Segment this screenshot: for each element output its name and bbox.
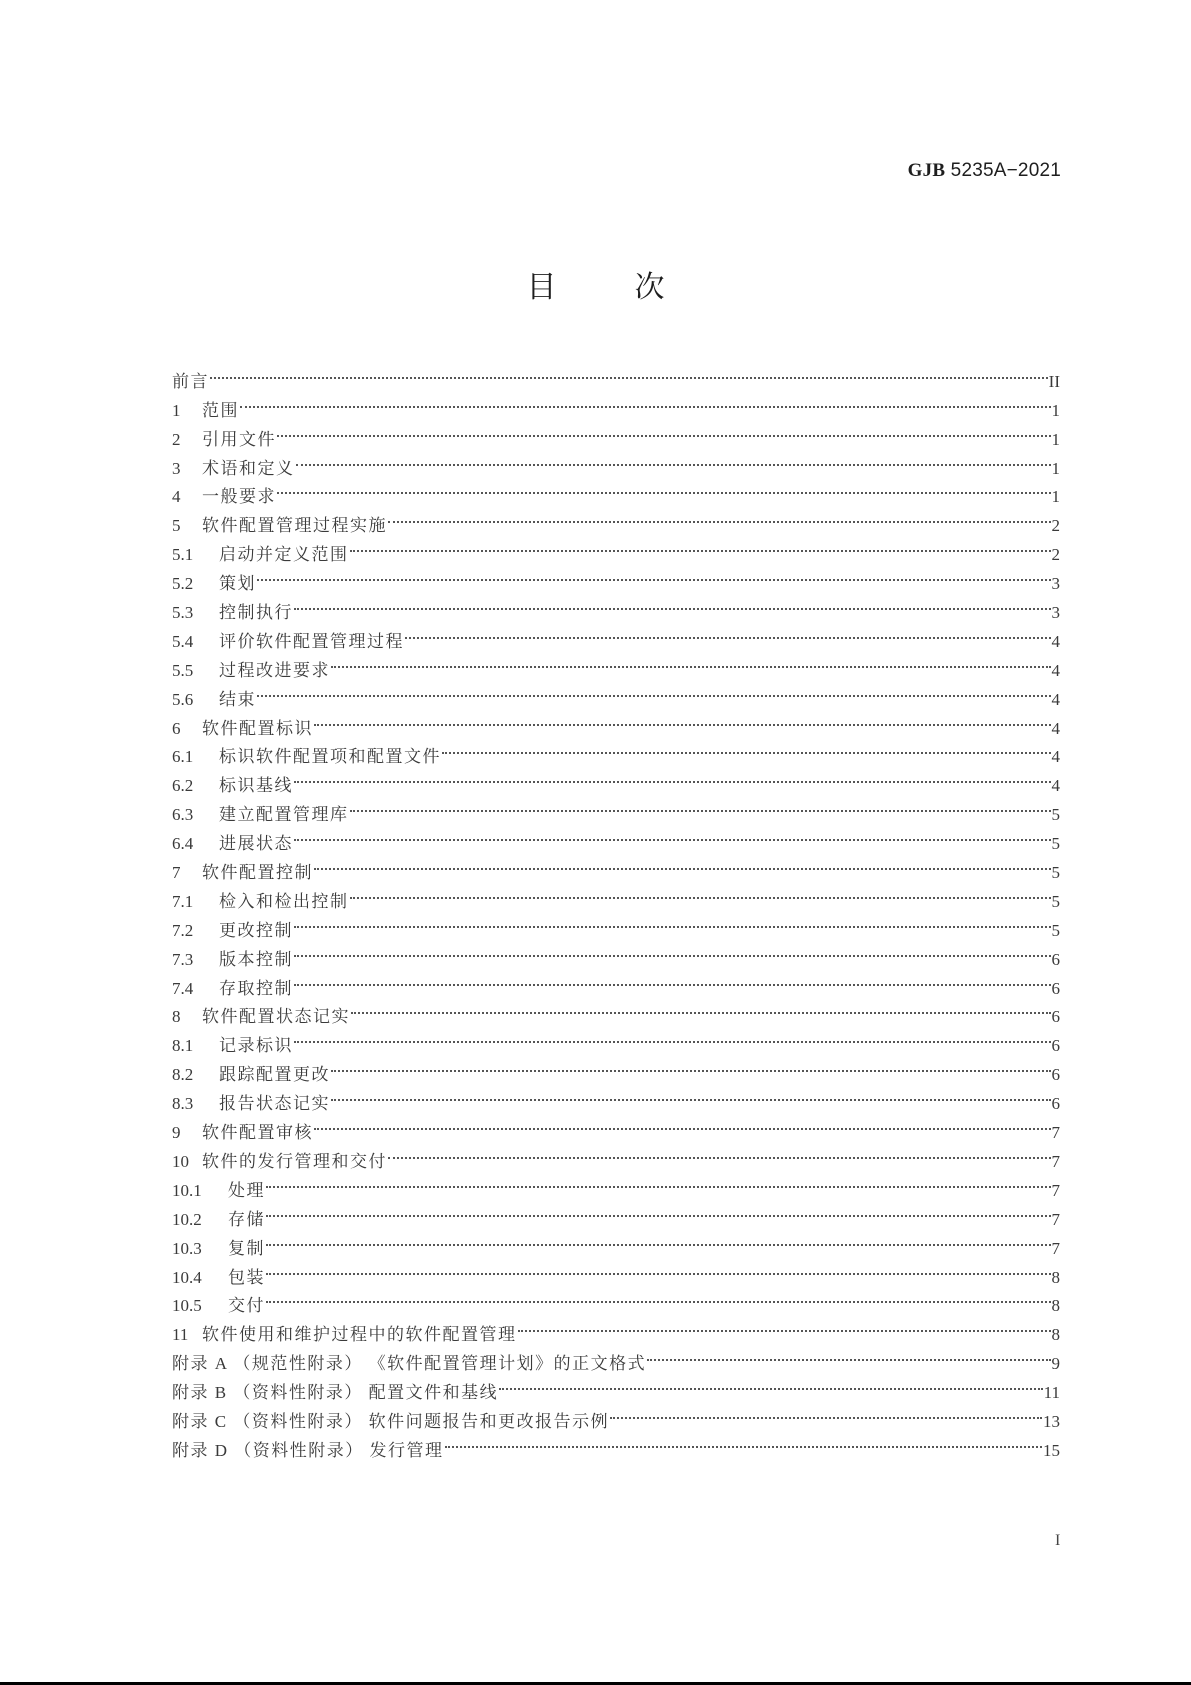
toc-entry[interactable]: 5.3控制执行3 <box>172 589 1060 618</box>
dot-leader <box>331 1051 1051 1080</box>
toc-entry-number: 10.1 <box>172 1177 228 1206</box>
dot-leader <box>266 1225 1051 1254</box>
toc-entry-page: 1 <box>1052 397 1061 426</box>
toc-entry-label: 结束 <box>219 686 256 715</box>
toc-entry[interactable]: 8.1记录标识6 <box>172 1022 1060 1051</box>
toc-entry-number: 5.4 <box>172 628 219 657</box>
toc-entry-page: 4 <box>1052 657 1061 686</box>
toc-entry-label: 存取控制 <box>219 975 293 1004</box>
dot-leader <box>294 820 1051 849</box>
toc-entry-page: 5 <box>1052 830 1061 859</box>
toc-entry-label: 版本控制 <box>219 946 293 975</box>
dot-leader <box>266 1254 1051 1283</box>
toc-entry-number: 8.3 <box>172 1090 219 1119</box>
toc-entry-page: 7 <box>1052 1119 1061 1148</box>
toc-entry[interactable]: 6.4进展状态5 <box>172 820 1060 849</box>
dot-leader <box>296 445 1051 474</box>
toc-entry[interactable]: 7.4存取控制6 <box>172 965 1060 994</box>
toc-entry-page: 15 <box>1043 1437 1060 1466</box>
toc-entry-page: 4 <box>1052 772 1061 801</box>
toc-entry-label: 软件配置审核 <box>202 1119 313 1148</box>
toc-entry[interactable]: 2引用文件1 <box>172 416 1060 445</box>
dot-leader <box>294 936 1051 965</box>
toc-entry-label: 记录标识 <box>219 1032 293 1061</box>
toc-entry-number: 7 <box>172 859 202 888</box>
toc-entry-page: 5 <box>1052 801 1061 830</box>
toc-entry[interactable]: 5软件配置管理过程实施2 <box>172 502 1060 531</box>
dot-leader <box>331 1080 1051 1109</box>
toc-entry-number: 10.3 <box>172 1235 228 1264</box>
toc-entry-number: 5 <box>172 512 202 541</box>
dot-leader <box>314 705 1051 734</box>
dot-leader <box>388 1138 1051 1167</box>
toc-entry[interactable]: 10.3复制7 <box>172 1225 1060 1254</box>
toc-entry-page: 6 <box>1052 1061 1061 1090</box>
dot-leader <box>240 387 1051 416</box>
toc-entry-label: 处理 <box>228 1177 265 1206</box>
toc-entry-number: 5.2 <box>172 570 219 599</box>
toc-entry-page: 8 <box>1052 1264 1061 1293</box>
toc-entry[interactable]: 6软件配置标识4 <box>172 705 1060 734</box>
toc-entry[interactable]: 10.2存储7 <box>172 1196 1060 1225</box>
toc-entry-page: 5 <box>1052 859 1061 888</box>
toc-entry-page: 6 <box>1052 946 1061 975</box>
toc-entry-page: 8 <box>1052 1292 1061 1321</box>
toc-entry-page: 6 <box>1052 1003 1061 1032</box>
toc-entry-page: 4 <box>1052 686 1061 715</box>
toc-entry[interactable]: 10.1处理7 <box>172 1167 1060 1196</box>
toc-entry-label: 复制 <box>228 1235 265 1264</box>
toc-entry[interactable]: 3术语和定义1 <box>172 445 1060 474</box>
toc-entry-label: 引用文件 <box>202 426 276 455</box>
dot-leader <box>331 647 1051 676</box>
toc-entry-number: 8.2 <box>172 1061 219 1090</box>
toc-entry[interactable]: 11软件使用和维护过程中的软件配置管理8 <box>172 1311 1060 1340</box>
toc-entry[interactable]: 6.3建立配置管理库5 <box>172 791 1060 820</box>
toc-entry-label: 附录 D （资料性附录） 发行管理 <box>172 1437 444 1466</box>
toc-entry-number: 6.4 <box>172 830 219 859</box>
dot-leader <box>277 416 1051 445</box>
toc-entry-number: 10.2 <box>172 1206 228 1235</box>
toc-entry[interactable]: 5.2策划3 <box>172 560 1060 589</box>
title-char-1: 目 <box>527 262 557 306</box>
dot-leader <box>350 531 1051 560</box>
toc-entry-label: 软件配置控制 <box>202 859 313 888</box>
dot-leader <box>610 1398 1042 1427</box>
dot-leader <box>266 1167 1051 1196</box>
toc-entry[interactable]: 5.4评价软件配置管理过程4 <box>172 618 1060 647</box>
toc-entry-number: 7.3 <box>172 946 219 975</box>
toc-entry-number: 10 <box>172 1148 202 1177</box>
toc-entry[interactable]: 1范围1 <box>172 387 1060 416</box>
dot-leader <box>351 994 1051 1023</box>
toc-entry-number: 5.5 <box>172 657 219 686</box>
dot-leader <box>350 791 1051 820</box>
toc-entry[interactable]: 前言II <box>172 358 1060 387</box>
toc-entry-page: 7 <box>1052 1235 1061 1264</box>
toc-entry-label: 范围 <box>202 397 239 426</box>
toc-entry-page: 2 <box>1052 541 1061 570</box>
toc-entry[interactable]: 7软件配置控制5 <box>172 849 1060 878</box>
toc-entry-page: 7 <box>1052 1148 1061 1177</box>
toc-entry-number: 1 <box>172 397 202 426</box>
toc-entry-page: 5 <box>1052 917 1061 946</box>
toc-entry-label: 控制执行 <box>219 599 293 628</box>
toc-entry-page: 2 <box>1052 512 1061 541</box>
toc-entry-number: 6.2 <box>172 772 219 801</box>
toc-entry-number: 8 <box>172 1003 202 1032</box>
dot-leader <box>257 560 1051 589</box>
toc-entry-page: 3 <box>1052 599 1061 628</box>
toc-entry-label: 一般要求 <box>202 483 276 512</box>
toc-entry[interactable]: 5.6结束4 <box>172 676 1060 705</box>
toc-entry[interactable]: 7.2更改控制5 <box>172 907 1060 936</box>
toc-entry[interactable]: 4一般要求1 <box>172 474 1060 503</box>
dot-leader <box>294 907 1051 936</box>
toc-entry-page: 7 <box>1052 1177 1061 1206</box>
dot-leader <box>350 878 1051 907</box>
dot-leader <box>210 358 1048 387</box>
toc-entry-page: 6 <box>1052 1090 1061 1119</box>
toc-entry-page: 6 <box>1052 1032 1061 1061</box>
toc-entry-number: 2 <box>172 426 202 455</box>
toc-entry-label: 更改控制 <box>219 917 293 946</box>
standard-number: 5235A <box>945 160 1006 181</box>
toc-entry-page: 4 <box>1052 628 1061 657</box>
toc-entry-label: 交付 <box>228 1292 265 1321</box>
dot-leader <box>294 589 1051 618</box>
toc-entry-page: 9 <box>1052 1350 1061 1379</box>
dot-leader <box>257 676 1051 705</box>
toc-entry[interactable]: 7.3版本控制6 <box>172 936 1060 965</box>
dot-leader <box>499 1369 1043 1398</box>
toc-entry[interactable]: 8软件配置状态记实6 <box>172 994 1060 1023</box>
dot-leader <box>294 762 1051 791</box>
toc-entry-label: 包装 <box>228 1264 265 1293</box>
toc-entry-page: 6 <box>1052 975 1061 1004</box>
toc-entry-number: 5.3 <box>172 599 219 628</box>
toc-entry-page: 1 <box>1052 455 1061 484</box>
toc-entry-number: 5.1 <box>172 541 219 570</box>
dot-leader <box>647 1340 1050 1369</box>
toc-entry-number: 6 <box>172 715 202 744</box>
dot-leader <box>445 1427 1042 1456</box>
dot-leader <box>266 1283 1051 1312</box>
toc-entry-number: 6.3 <box>172 801 219 830</box>
dot-leader <box>277 474 1051 503</box>
toc-entry-label: 策划 <box>219 570 256 599</box>
toc-entry[interactable]: 6.2标识基线4 <box>172 762 1060 791</box>
standard-year: −2021 <box>1007 160 1061 181</box>
toc-entry[interactable]: 10.5交付8 <box>172 1283 1060 1312</box>
toc-entry-number: 10.5 <box>172 1292 228 1321</box>
toc-entry-number: 11 <box>172 1321 202 1350</box>
toc-entry-page: 1 <box>1052 426 1061 455</box>
dot-leader <box>294 965 1051 994</box>
toc-entry-label: 附录 B （资料性附录） 配置文件和基线 <box>172 1379 498 1408</box>
toc-entry-label: 前言 <box>172 368 209 397</box>
toc-entry-label: 软件配置标识 <box>202 715 313 744</box>
toc-entry-page: 8 <box>1052 1321 1061 1350</box>
standard-code: GJB 5235A−2021 <box>908 160 1061 182</box>
page-title: 目次 <box>0 262 1191 306</box>
toc-entry-number: 6.1 <box>172 743 219 772</box>
toc-entry-number: 7.4 <box>172 975 219 1004</box>
toc-entry[interactable]: 10.4包装8 <box>172 1254 1060 1283</box>
dot-leader <box>405 618 1051 647</box>
toc-entry-page: 5 <box>1052 888 1061 917</box>
toc-entry-label: 软件使用和维护过程中的软件配置管理 <box>202 1321 517 1350</box>
toc-entry-page: 7 <box>1052 1206 1061 1235</box>
standard-prefix: GJB <box>908 160 946 181</box>
dot-leader <box>294 1022 1051 1051</box>
toc-entry-number: 10.4 <box>172 1264 228 1293</box>
page-number: I <box>1055 1532 1060 1550</box>
dot-leader <box>518 1311 1051 1340</box>
table-of-contents: 前言II1范围12引用文件13术语和定义14一般要求15软件配置管理过程实施25… <box>172 358 1060 1456</box>
toc-entry-number: 5.6 <box>172 686 219 715</box>
toc-entry-number: 4 <box>172 483 202 512</box>
toc-entry-page: 3 <box>1052 570 1061 599</box>
toc-entry[interactable]: 8.2跟踪配置更改6 <box>172 1051 1060 1080</box>
toc-entry-label: 进展状态 <box>219 830 293 859</box>
title-char-2: 次 <box>635 262 665 306</box>
toc-entry-page: 13 <box>1043 1408 1060 1437</box>
toc-entry-number: 7.1 <box>172 888 219 917</box>
toc-entry-label: 标识基线 <box>219 772 293 801</box>
toc-entry-page: 1 <box>1052 483 1061 512</box>
toc-entry-number: 9 <box>172 1119 202 1148</box>
toc-entry-page: 11 <box>1044 1379 1060 1408</box>
dot-leader <box>314 1109 1051 1138</box>
dot-leader <box>314 849 1051 878</box>
toc-entry-page: 4 <box>1052 715 1061 744</box>
toc-entry-number: 3 <box>172 455 202 484</box>
dot-leader <box>266 1196 1051 1225</box>
toc-entry-page: 4 <box>1052 743 1061 772</box>
toc-entry-number: 7.2 <box>172 917 219 946</box>
toc-entry-label: 存储 <box>228 1206 265 1235</box>
toc-entry-number: 8.1 <box>172 1032 219 1061</box>
dot-leader <box>388 502 1051 531</box>
dot-leader <box>442 734 1051 763</box>
toc-entry-label: 跟踪配置更改 <box>219 1061 330 1090</box>
